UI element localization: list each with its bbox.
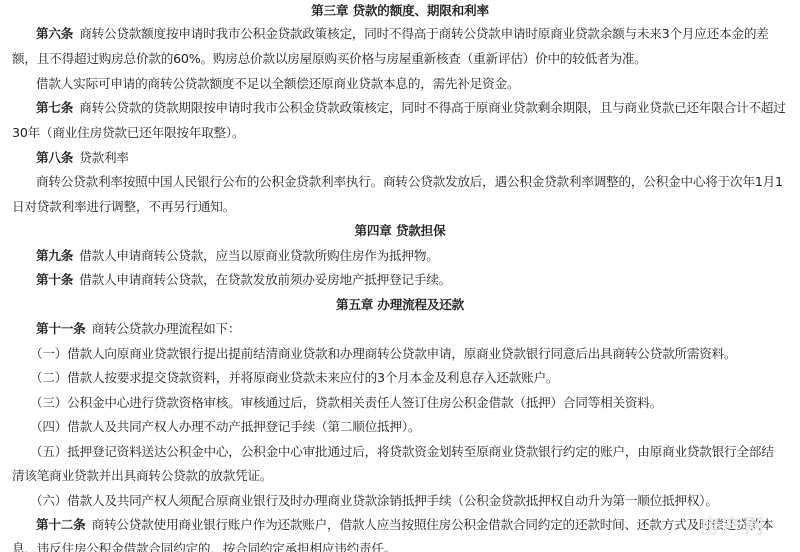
process-step-5: （五）抵押登记资料送达公积金中心，公积金中心审批通过后，将贷款资金划转至原商业贷…: [30, 443, 800, 461]
article-text: 商转公贷款额度按申请时我市公积金贷款政策核定，同时不得高于商转公贷款申请时原商业…: [79, 26, 768, 41]
article-8-continued: 日对贷款利率进行调整，不再另行通知。: [12, 198, 792, 216]
process-step-2: （二）借款人按要求提交贷款资料，并将原商业贷款未来应付的3个月本金及利息存入还款…: [30, 369, 800, 387]
article-8: 第八条贷款利率: [36, 149, 800, 167]
process-step-4: （四）借款人及共同产权人办理不动产抵押登记手续（第二顺位抵押）。: [30, 418, 800, 436]
article-6: 第六条商转公贷款额度按申请时我市公积金贷款政策核定，同时不得高于商转公贷款申请时…: [36, 25, 800, 43]
article-9: 第九条借款人申请商转公贷款，应当以原商业贷款所购住房作为抵押物。: [36, 247, 800, 265]
article-7: 第七条商转公贷款的贷款期限按申请时我市公积金贷款政策核定，同时不得高于原商业贷款…: [36, 99, 800, 117]
article-10: 第十条借款人申请商转公贷款，在贷款发放前须办妥房地产抵押登记手续。: [36, 271, 800, 289]
article-label: 第九条: [36, 248, 73, 263]
watermark: 房产网: [700, 510, 766, 539]
article-text: 商转公贷款的贷款期限按申请时我市公积金贷款政策核定，同时不得高于原商业贷款剩余期…: [79, 100, 785, 115]
article-11: 第十一条商转公贷款办理流程如下：: [36, 320, 800, 338]
process-step-1: （一）借款人向原商业贷款银行提出提前结清商业贷款和办理商转公贷款申请，原商业贷款…: [30, 345, 800, 363]
article-6-paragraph-2: 借款人实际可申请的商转公贷款额度不足以全额偿还原商业贷款本息的，需先补足资金。: [36, 75, 800, 93]
article-text: 借款人申请商转公贷款，在贷款发放前须办妥房地产抵押登记手续。: [79, 272, 451, 287]
article-6-continued: 额，且不得超过购房总价款的60%。购房总价款以房屋原购买价格与房屋重新核查（重新…: [12, 50, 792, 68]
process-step-6: （六）借款人及共同产权人须配合原商业银行及时办理商业贷款涂销抵押手续（公积金贷款…: [30, 492, 800, 510]
article-label: 第八条: [36, 150, 73, 165]
article-label: 第十二条: [36, 517, 86, 532]
chapter-5-heading: 第五章 办理流程及还款: [0, 296, 800, 314]
article-12-continued: 息，违反住房公积金借款合同约定的，按合同约定承担相应违约责任。: [12, 540, 792, 552]
article-12: 第十二条商转公贷款使用商业银行账户作为还款账户，借款人应当按照住房公积金借款合同…: [36, 516, 800, 534]
article-label: 第十条: [36, 272, 73, 287]
article-label: 第六条: [36, 26, 73, 41]
article-7-continued: 30年（商业住房贷款已还年限按年取整）。: [12, 124, 792, 142]
article-text: 商转公贷款使用商业银行账户作为还款账户，借款人应当按照住房公积金借款合同约定的还…: [92, 517, 774, 532]
article-text: 借款人申请商转公贷款，应当以原商业贷款所购住房作为抵押物。: [79, 248, 438, 263]
process-step-3: （三）公积金中心进行贷款资格审核。审核通过后，贷款相关责任人签订住房公积金借款（…: [30, 394, 800, 412]
article-title: 贷款利率: [79, 150, 129, 165]
article-label: 第十一条: [36, 321, 86, 336]
article-text: 商转公贷款办理流程如下：: [92, 321, 241, 336]
process-step-5-continued: 清该笔商业贷款并出具商转公贷款的放款凭证。: [12, 467, 792, 485]
article-label: 第七条: [36, 100, 73, 115]
chapter-3-heading: 第三章 贷款的额度、期限和利率: [0, 2, 800, 20]
article-8-paragraph: 商转公贷款利率按照中国人民银行公布的公积金贷款利率执行。商转公贷款发放后，遇公积…: [36, 173, 800, 191]
chapter-4-heading: 第四章 贷款担保: [0, 222, 800, 240]
